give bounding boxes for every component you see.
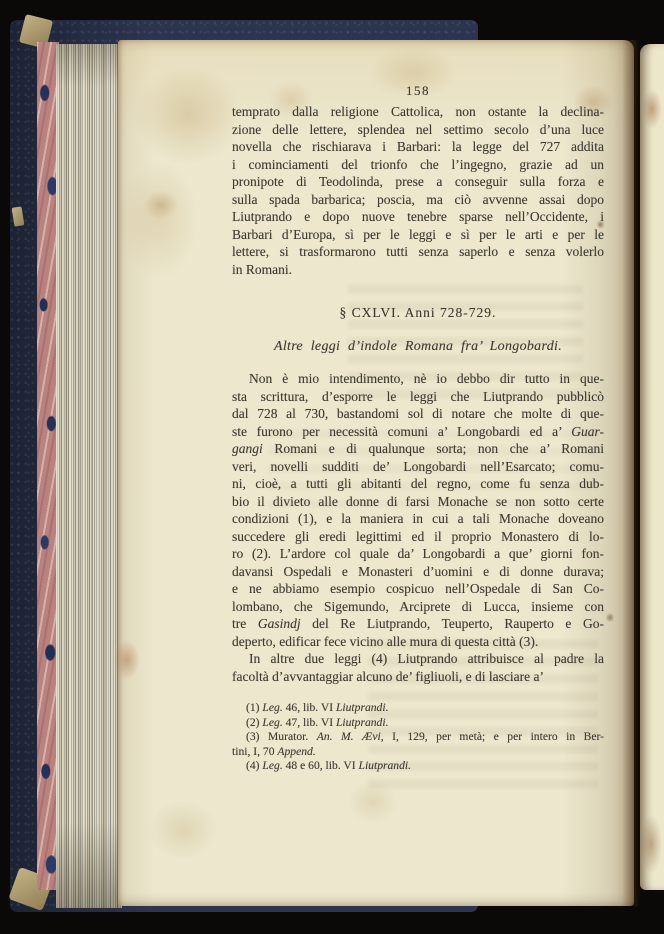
text-line: ro (2). L’ardore col quale da’ Longobard… bbox=[232, 545, 604, 563]
book-photo: 158 temprato dalla religione Cattolica, … bbox=[0, 0, 664, 934]
text-line: tre Gasindj del Re Liutprando, Teuperto,… bbox=[232, 615, 604, 633]
text-line: veri, novelli sudditi de’ Longobardi nel… bbox=[232, 458, 604, 476]
text-line: (3) Murator. An. M. Ævi, I, 129, per met… bbox=[232, 730, 604, 745]
text-line: zione delle lettere, splendea nel settim… bbox=[232, 121, 604, 139]
paragraph-2: Non è mio intendimento, nè io debbo dir … bbox=[232, 370, 604, 650]
text-line: in Romani. bbox=[232, 261, 604, 279]
text-line: facoltà d’avvantaggiar alcuno de’ figliu… bbox=[232, 668, 604, 686]
text-line: Barbari d’Europa, sì per le leggi e sì p… bbox=[232, 226, 604, 244]
text-line: Non è mio intendimento, nè io debbo dir … bbox=[232, 370, 604, 388]
book-page: 158 temprato dalla religione Cattolica, … bbox=[118, 40, 634, 906]
text-line: tini, I, 70 Append. bbox=[232, 745, 604, 760]
page-number: 158 bbox=[232, 82, 604, 99]
text-line: ste furono per necessità comuni a’ Longo… bbox=[232, 423, 604, 441]
text-line: lettere, si trasformarono tutti senza sa… bbox=[232, 243, 604, 261]
text-line: succedere gli eredi legittimi ed il prop… bbox=[232, 528, 604, 546]
text-column: 158 temprato dalla religione Cattolica, … bbox=[232, 82, 604, 774]
facing-page-sliver bbox=[640, 44, 664, 890]
text-line: condizioni (1), e la maniera in cui a ta… bbox=[232, 510, 604, 528]
text-line: davansi Ospedali e Monasteri d’uomini e … bbox=[232, 563, 604, 581]
text-line: sta scrittura, d’esporre le leggi che Li… bbox=[232, 388, 604, 406]
foxing-stain bbox=[148, 800, 218, 860]
text-line: pronipote di Teodolinda, prese a consegu… bbox=[232, 173, 604, 191]
foxing-stain bbox=[640, 814, 662, 874]
gutter-shadow bbox=[622, 40, 642, 906]
text-line: lombano, che Sigemundo, Arciprete di Luc… bbox=[232, 598, 604, 616]
foxing-stain bbox=[143, 190, 179, 220]
text-line: Liutprando e dopo nuove tenebre sparse n… bbox=[232, 208, 604, 226]
text-line: temprato dalla religione Cattolica, non … bbox=[232, 103, 604, 121]
foxing-stain bbox=[118, 160, 198, 280]
text-line: deperto, edificar fece vicino alle mura … bbox=[232, 633, 604, 651]
section-heading: § CXLVI. Anni 728-729. bbox=[232, 304, 604, 322]
text-line: novella che rischiarava i Barbari: la le… bbox=[232, 138, 604, 156]
foxing-stain bbox=[642, 89, 662, 129]
text-line: e ne abbiamo esempio cospicuo nell’Osped… bbox=[232, 580, 604, 598]
foxing-stain bbox=[606, 612, 614, 623]
text-line: dal 728 al 730, bastandomi sol di notare… bbox=[232, 405, 604, 423]
text-line: (2) Leg. 47, lib. VI Liutprandi. bbox=[232, 716, 604, 731]
text-line: bio il divieto alle donne di farsi Monac… bbox=[232, 493, 604, 511]
foxing-stain bbox=[133, 65, 243, 165]
page-edges bbox=[56, 44, 122, 908]
footnotes: (1) Leg. 46, lib. VI Liutprandi.(2) Leg.… bbox=[232, 701, 604, 774]
text-line: ni, cioè, a tutti gli abitanti del regno… bbox=[232, 475, 604, 493]
paragraph-3: In altre due leggi (4) Liutprando attrib… bbox=[232, 650, 604, 685]
text-line: In altre due leggi (4) Liutprando attrib… bbox=[232, 650, 604, 668]
text-line: (4) Leg. 48 e 60, lib. VI Liutprandi. bbox=[232, 759, 604, 774]
text-line: sulla spada barbarica; poscia, ma ciò av… bbox=[232, 191, 604, 209]
text-line: (1) Leg. 46, lib. VI Liutprandi. bbox=[232, 701, 604, 716]
foxing-stain bbox=[114, 640, 140, 680]
text-line: i cominciamenti del trionfo che l’ingegn… bbox=[232, 156, 604, 174]
section-subtitle: Altre leggi d’indole Romana fra’ Longoba… bbox=[232, 338, 604, 356]
foxing-stain bbox=[348, 780, 398, 824]
paragraph-1: temprato dalla religione Cattolica, non … bbox=[232, 103, 604, 278]
text-line: gangi Romani e di qualunque sorta; non c… bbox=[232, 440, 604, 458]
